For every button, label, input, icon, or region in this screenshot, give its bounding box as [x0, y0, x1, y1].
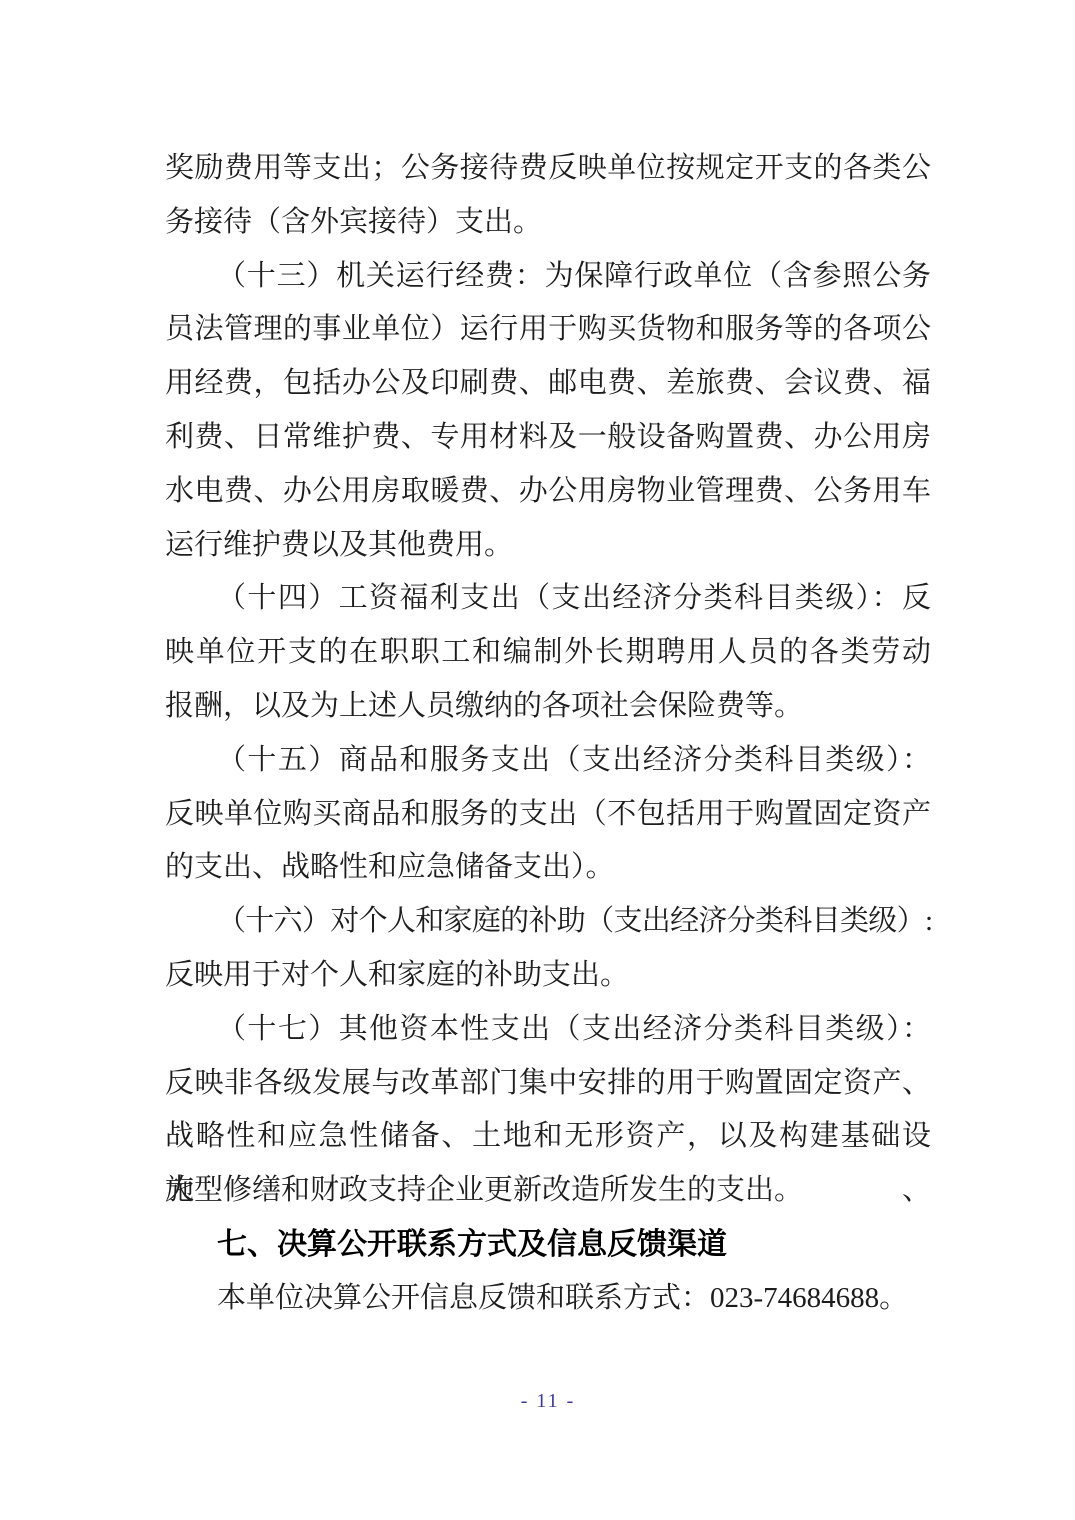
paragraph-line: 反映用于对个人和家庭的补助支出。 [165, 949, 931, 1003]
paragraph-line: 的支出、战略性和应急储备支出）。 [165, 841, 931, 895]
paragraph-line: 战略性和应急性储备、土地和无形资产，以及构建基础设施、 [165, 1110, 931, 1164]
paragraph-line: 运行维护费以及其他费用。 [165, 519, 931, 573]
contact-line: 本单位决算公开信息反馈和联系方式：023-74684688。 [165, 1272, 931, 1326]
paragraph-line: 水电费、办公用房取暖费、办公用房物业管理费、公务用车 [165, 465, 931, 519]
paragraph-line: 映单位开支的在职职工和编制外长期聘用人员的各类劳动 [165, 626, 931, 680]
paragraph-line: （十五）商品和服务支出（支出经济分类科目类级）： [165, 734, 931, 788]
paragraph-line: 反映单位购买商品和服务的支出（不包括用于购置固定资产 [165, 788, 931, 842]
paragraph-line: 务接待（含外宾接待）支出。 [165, 196, 931, 250]
paragraph-line: 用经费，包括办公及印刷费、邮电费、差旅费、会议费、福 [165, 357, 931, 411]
paragraph-line: （十三）机关运行经费：为保障行政单位（含参照公务 [165, 250, 931, 304]
paragraph-line: （十七）其他资本性支出（支出经济分类科目类级）： [165, 1003, 931, 1057]
document-page: 奖励费用等支出；公务接待费反映单位按规定开支的各类公 务接待（含外宾接待）支出。… [0, 0, 1075, 1520]
paragraph-line: 员法管理的事业单位）运行用于购买货物和服务等的各项公 [165, 303, 931, 357]
paragraph-line: 利费、日常维护费、专用材料及一般设备购置费、办公用房 [165, 411, 931, 465]
document-text-block: 奖励费用等支出；公务接待费反映单位按规定开支的各类公 务接待（含外宾接待）支出。… [165, 142, 931, 1326]
paragraph-line: 奖励费用等支出；公务接待费反映单位按规定开支的各类公 [165, 142, 931, 196]
paragraph-line: （十四）工资福利支出（支出经济分类科目类级）：反 [165, 572, 931, 626]
paragraph-line: （十六）对个人和家庭的补助（支出经济分类科目类级）: [165, 895, 931, 949]
page-number: - 11 - [165, 1390, 931, 1413]
paragraph-line: 报酬，以及为上述人员缴纳的各项社会保险费等。 [165, 680, 931, 734]
paragraph-line: 反映非各级发展与改革部门集中安排的用于购置固定资产、 [165, 1057, 931, 1111]
section-heading: 七、决算公开联系方式及信息反馈渠道 [165, 1218, 931, 1272]
